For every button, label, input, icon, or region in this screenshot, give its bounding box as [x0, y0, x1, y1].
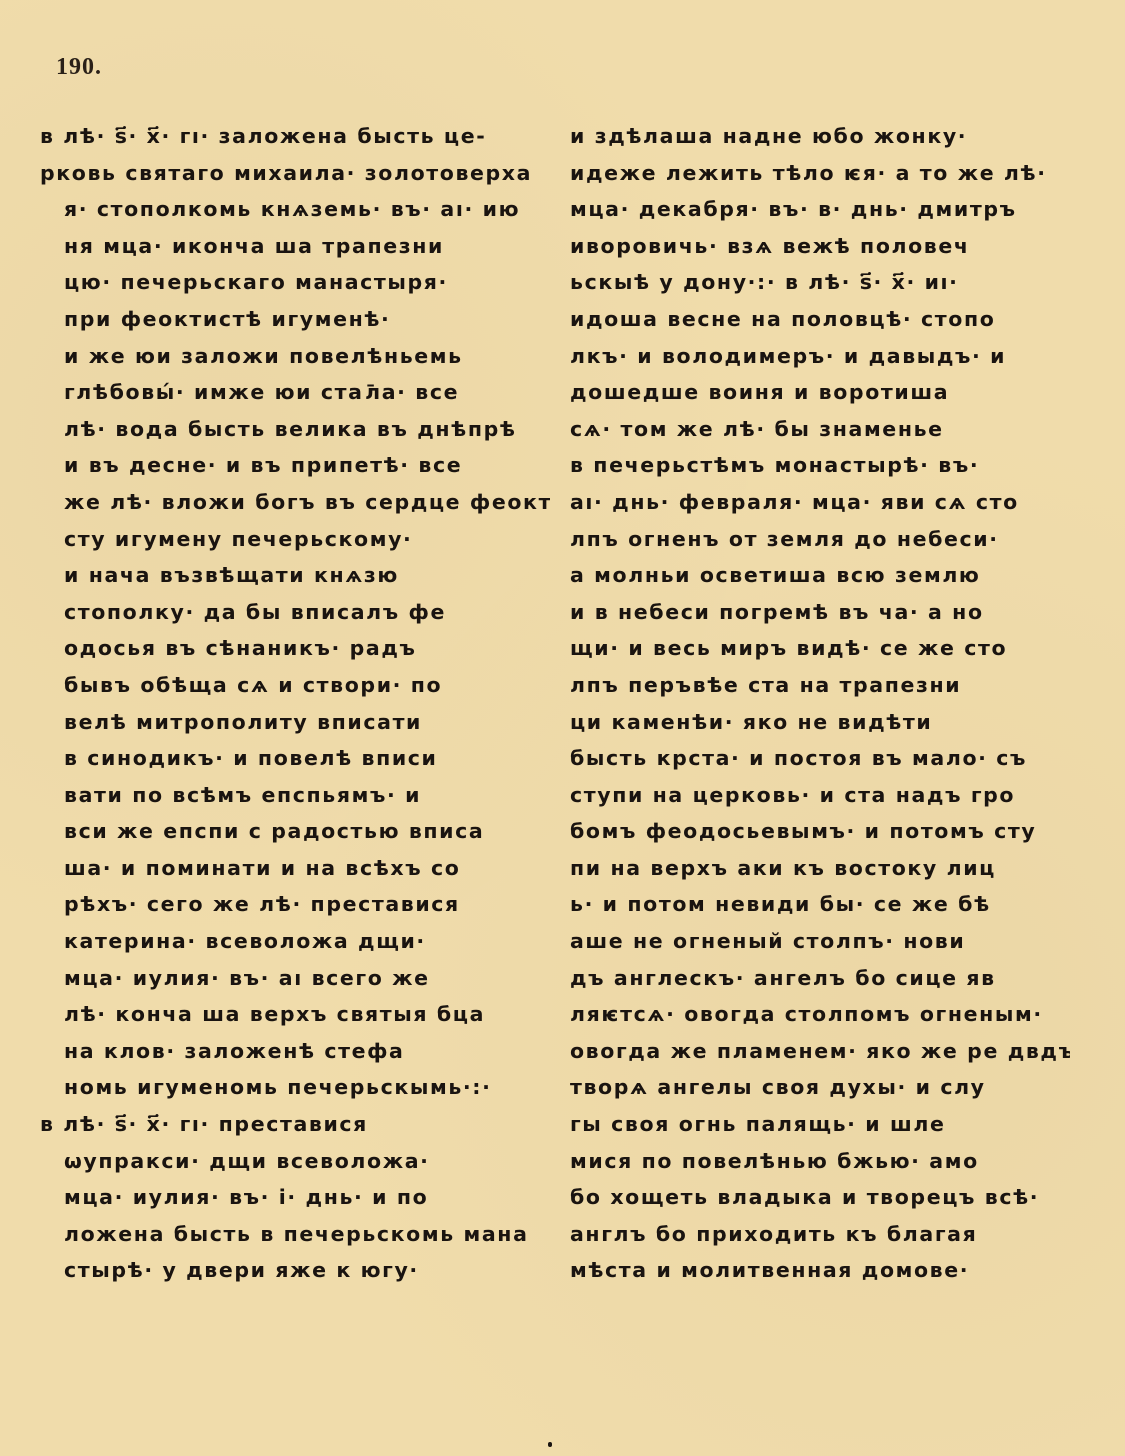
text-line: дошедше Воиня и воротиша — [570, 374, 1070, 411]
text-line: ляѥтсѧ· овогда столпомъ огненым· — [570, 996, 1070, 1033]
text-line: щи· и весь миръ видѣ· се же сто — [570, 630, 1070, 667]
text-line: дъ англескъ· ангелъ бо сице яв — [570, 960, 1070, 997]
text-line: цю· печерьскаго манастыря· — [40, 264, 550, 301]
text-line: лѣ· конча ша верхъ святыя Бца — [40, 996, 550, 1033]
text-line: мѣста и молитвенная домове· — [570, 1252, 1070, 1289]
text-line: и здѣлаша надне юбо жонку· — [570, 118, 1070, 155]
text-line: ьскыѣ у Дону·:· в лѣ· ѕ҃· х҃· иı· — [570, 264, 1070, 301]
text-line: одосья въ сѣнаникъ· радъ — [40, 630, 550, 667]
text-line: и в небеси погремѣ въ ча· а но — [570, 594, 1070, 631]
text-line: сту игумену печерьскому· — [40, 521, 550, 558]
text-line: в печерьстѣмъ монастырѣ· въ· — [570, 447, 1070, 484]
text-line: мца· иулия· въ· аı всего же — [40, 960, 550, 997]
text-line: при Феоктистѣ игуменѣ· — [40, 301, 550, 338]
text-line: в лѣ· ѕ҃· х҃· гı· Преставися — [40, 1106, 550, 1143]
text-line: аı· днь· февраля· мца· яви сѧ сто — [570, 484, 1070, 521]
right-column: и здѣлаша надне юбо жонку· идеже лежить … — [570, 118, 1070, 1289]
text-line: сѧ· том же лѣ· бы знаменье — [570, 411, 1070, 448]
text-line: овогда же пламенем· яко же ре Двдъ· — [570, 1033, 1070, 1070]
text-line: вси же епспи с радостью вписа — [40, 813, 550, 850]
text-line: мися по повелѣнью бжью· амо — [570, 1143, 1070, 1180]
text-line: велѣ митрополиту вписати — [40, 704, 550, 741]
text-line: стырѣ· у двери яже к югу· — [40, 1252, 550, 1289]
text-line: ша· и поминати и на всѣхъ со — [40, 850, 550, 887]
text-line: я· Стополкомь кнѧземь· въ· аı· ию — [40, 191, 550, 228]
text-line: в лѣ· ѕ҃· х҃· гı· Заложена бысть це- — [40, 118, 550, 155]
text-line: ь· и потом невиди бы· се же бѣ — [570, 886, 1070, 923]
text-line: ступи на церковь· и ста надъ гро — [570, 777, 1070, 814]
text-line: идеже лежить тѣло ѥя· а то же лѣ· — [570, 155, 1070, 192]
text-line: творѧ ангелы своя духы· и слу — [570, 1069, 1070, 1106]
text-line: вати по всѣмъ епспьямъ· и — [40, 777, 550, 814]
text-line: рковь святаго Михаила· золотоверха — [40, 155, 550, 192]
ink-speck — [548, 1442, 552, 1447]
text-line: рѣхъ· сего же лѣ· преставися — [40, 886, 550, 923]
text-line: Ѡупракси· дщи Всеволожа· — [40, 1143, 550, 1180]
text-line: мца· иулия· въ· і· днь· и по — [40, 1179, 550, 1216]
text-line: и въ десне· и въ припетѣ· все — [40, 447, 550, 484]
text-line: лпъ перъвѣе ста на трапезни — [570, 667, 1070, 704]
text-line: Идоша весне на половцѣ· Стопо — [570, 301, 1070, 338]
text-line: же лѣ· вложи Богъ въ сердце Феоктї — [40, 484, 550, 521]
text-line: бывъ обѣща сѧ и створи· по — [40, 667, 550, 704]
text-line: и нача възвѣщати кнѧзю — [40, 557, 550, 594]
page-number: 190. — [56, 54, 102, 81]
text-line: бо хощеть владыка и творецъ всѣ· — [570, 1179, 1070, 1216]
left-column: в лѣ· ѕ҃· х҃· гı· Заложена бысть це- рко… — [40, 118, 550, 1289]
text-line: и же юи заложи повелѣньемь — [40, 338, 550, 375]
text-line: а молньи осветиша всю землю — [570, 557, 1070, 594]
text-line: бысть крста· и постоя въ мало· съ — [570, 740, 1070, 777]
text-line: пи на верхъ аки къ востоку лиц — [570, 850, 1070, 887]
text-line: Стополку· да бы вписалъ Фе — [40, 594, 550, 631]
text-line: лкъ· и Володимеръ· и Давыдъ· и — [570, 338, 1070, 375]
text-line: Глѣбовы́· имже юи стаֿла· все — [40, 374, 550, 411]
text-line: мца· декабря· въ· в· днь· Дмитръ — [570, 191, 1070, 228]
text-line: на Клов· заложенѣ Стефа — [40, 1033, 550, 1070]
text-line: Катерина· Всеволожа дщи· — [40, 923, 550, 960]
text-line: ня мца· иконча ша трапезни — [40, 228, 550, 265]
text-line: ци каменѣи· яко не видѣти — [570, 704, 1070, 741]
text-line: лѣ· вода бысть велика въ днѣпрѣ — [40, 411, 550, 448]
text-line: англъ бо приходить къ благая — [570, 1216, 1070, 1253]
text-line: ложена бысть в печерьскомь мана — [40, 1216, 550, 1253]
text-line: гы своя огнь палящь· и шле — [570, 1106, 1070, 1143]
text-line: номь игуменомь печерьскымь·:· — [40, 1069, 550, 1106]
text-line: Иворовичь· взѧ вежѣ половеч — [570, 228, 1070, 265]
text-line: в синодикъ· и повелѣ вписи — [40, 740, 550, 777]
text-line: аше не огненый столпъ· нови — [570, 923, 1070, 960]
text-line: лпъ огненъ от земля до небеси· — [570, 521, 1070, 558]
text-line: бомъ Феодосьевымъ· и потомъ сту — [570, 813, 1070, 850]
